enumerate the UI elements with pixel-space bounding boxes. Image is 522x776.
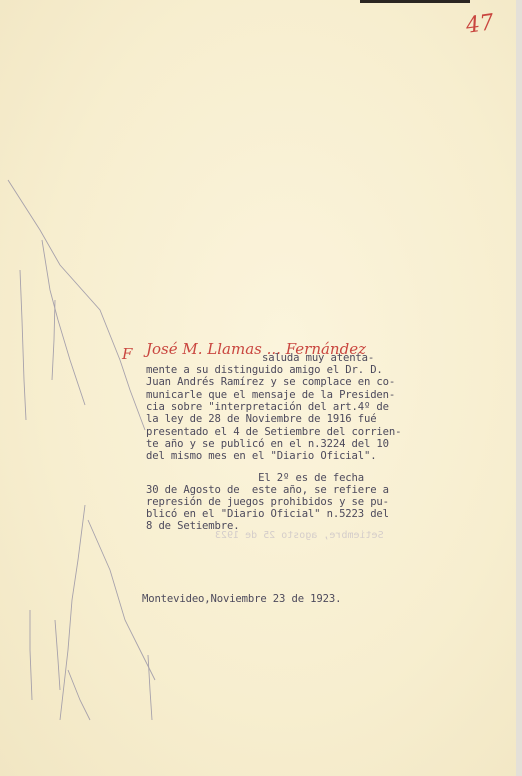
- paragraph2-line4: blicó en el "Diario Oficial" n.5223 del: [146, 508, 389, 521]
- paragraph1-line4: municarle que el mensaje de la Presiden-: [146, 389, 395, 402]
- paragraph1-line9: del mismo mes en el "Diario Oficial".: [146, 450, 376, 463]
- paragraph2-line2: 30 de Agosto de este año, se refiere a: [146, 484, 389, 497]
- paragraph2-line1: El 2º es de fecha: [146, 472, 364, 485]
- bleed-through-text: Setiembre, agosto 25 de 1923: [215, 530, 384, 541]
- page-right-edge: [516, 0, 522, 776]
- paragraph1-line1: saluda muy atenta-: [262, 352, 374, 365]
- paragraph1-line2: mente a su distinguido amigo el Dr. D.: [146, 364, 383, 377]
- paragraph1-line7: presentado el 4 de Setiembre del corrien…: [146, 426, 401, 439]
- closing-date-line: Montevideo,Noviembre 23 de 1923.: [142, 593, 341, 606]
- paragraph1-line8: te año y se publicó en el n.3224 del 10: [146, 438, 389, 451]
- paragraph1-line3: Juan Andrés Ramírez y se complace en co-: [146, 376, 395, 389]
- paragraph1-line5: cia sobre "interpretación del art.4º de: [146, 401, 389, 414]
- paragraph2-line3: represión de juegos prohibidos y se pu-: [146, 496, 389, 509]
- folio-number: 47: [464, 10, 495, 39]
- signature-prefix: F: [122, 345, 132, 363]
- paragraph1-line6: la ley de 28 de Noviembre de 1916 fué: [146, 413, 376, 426]
- document-page: 47 F José M. Llamas ... Fernández saluda…: [0, 0, 516, 776]
